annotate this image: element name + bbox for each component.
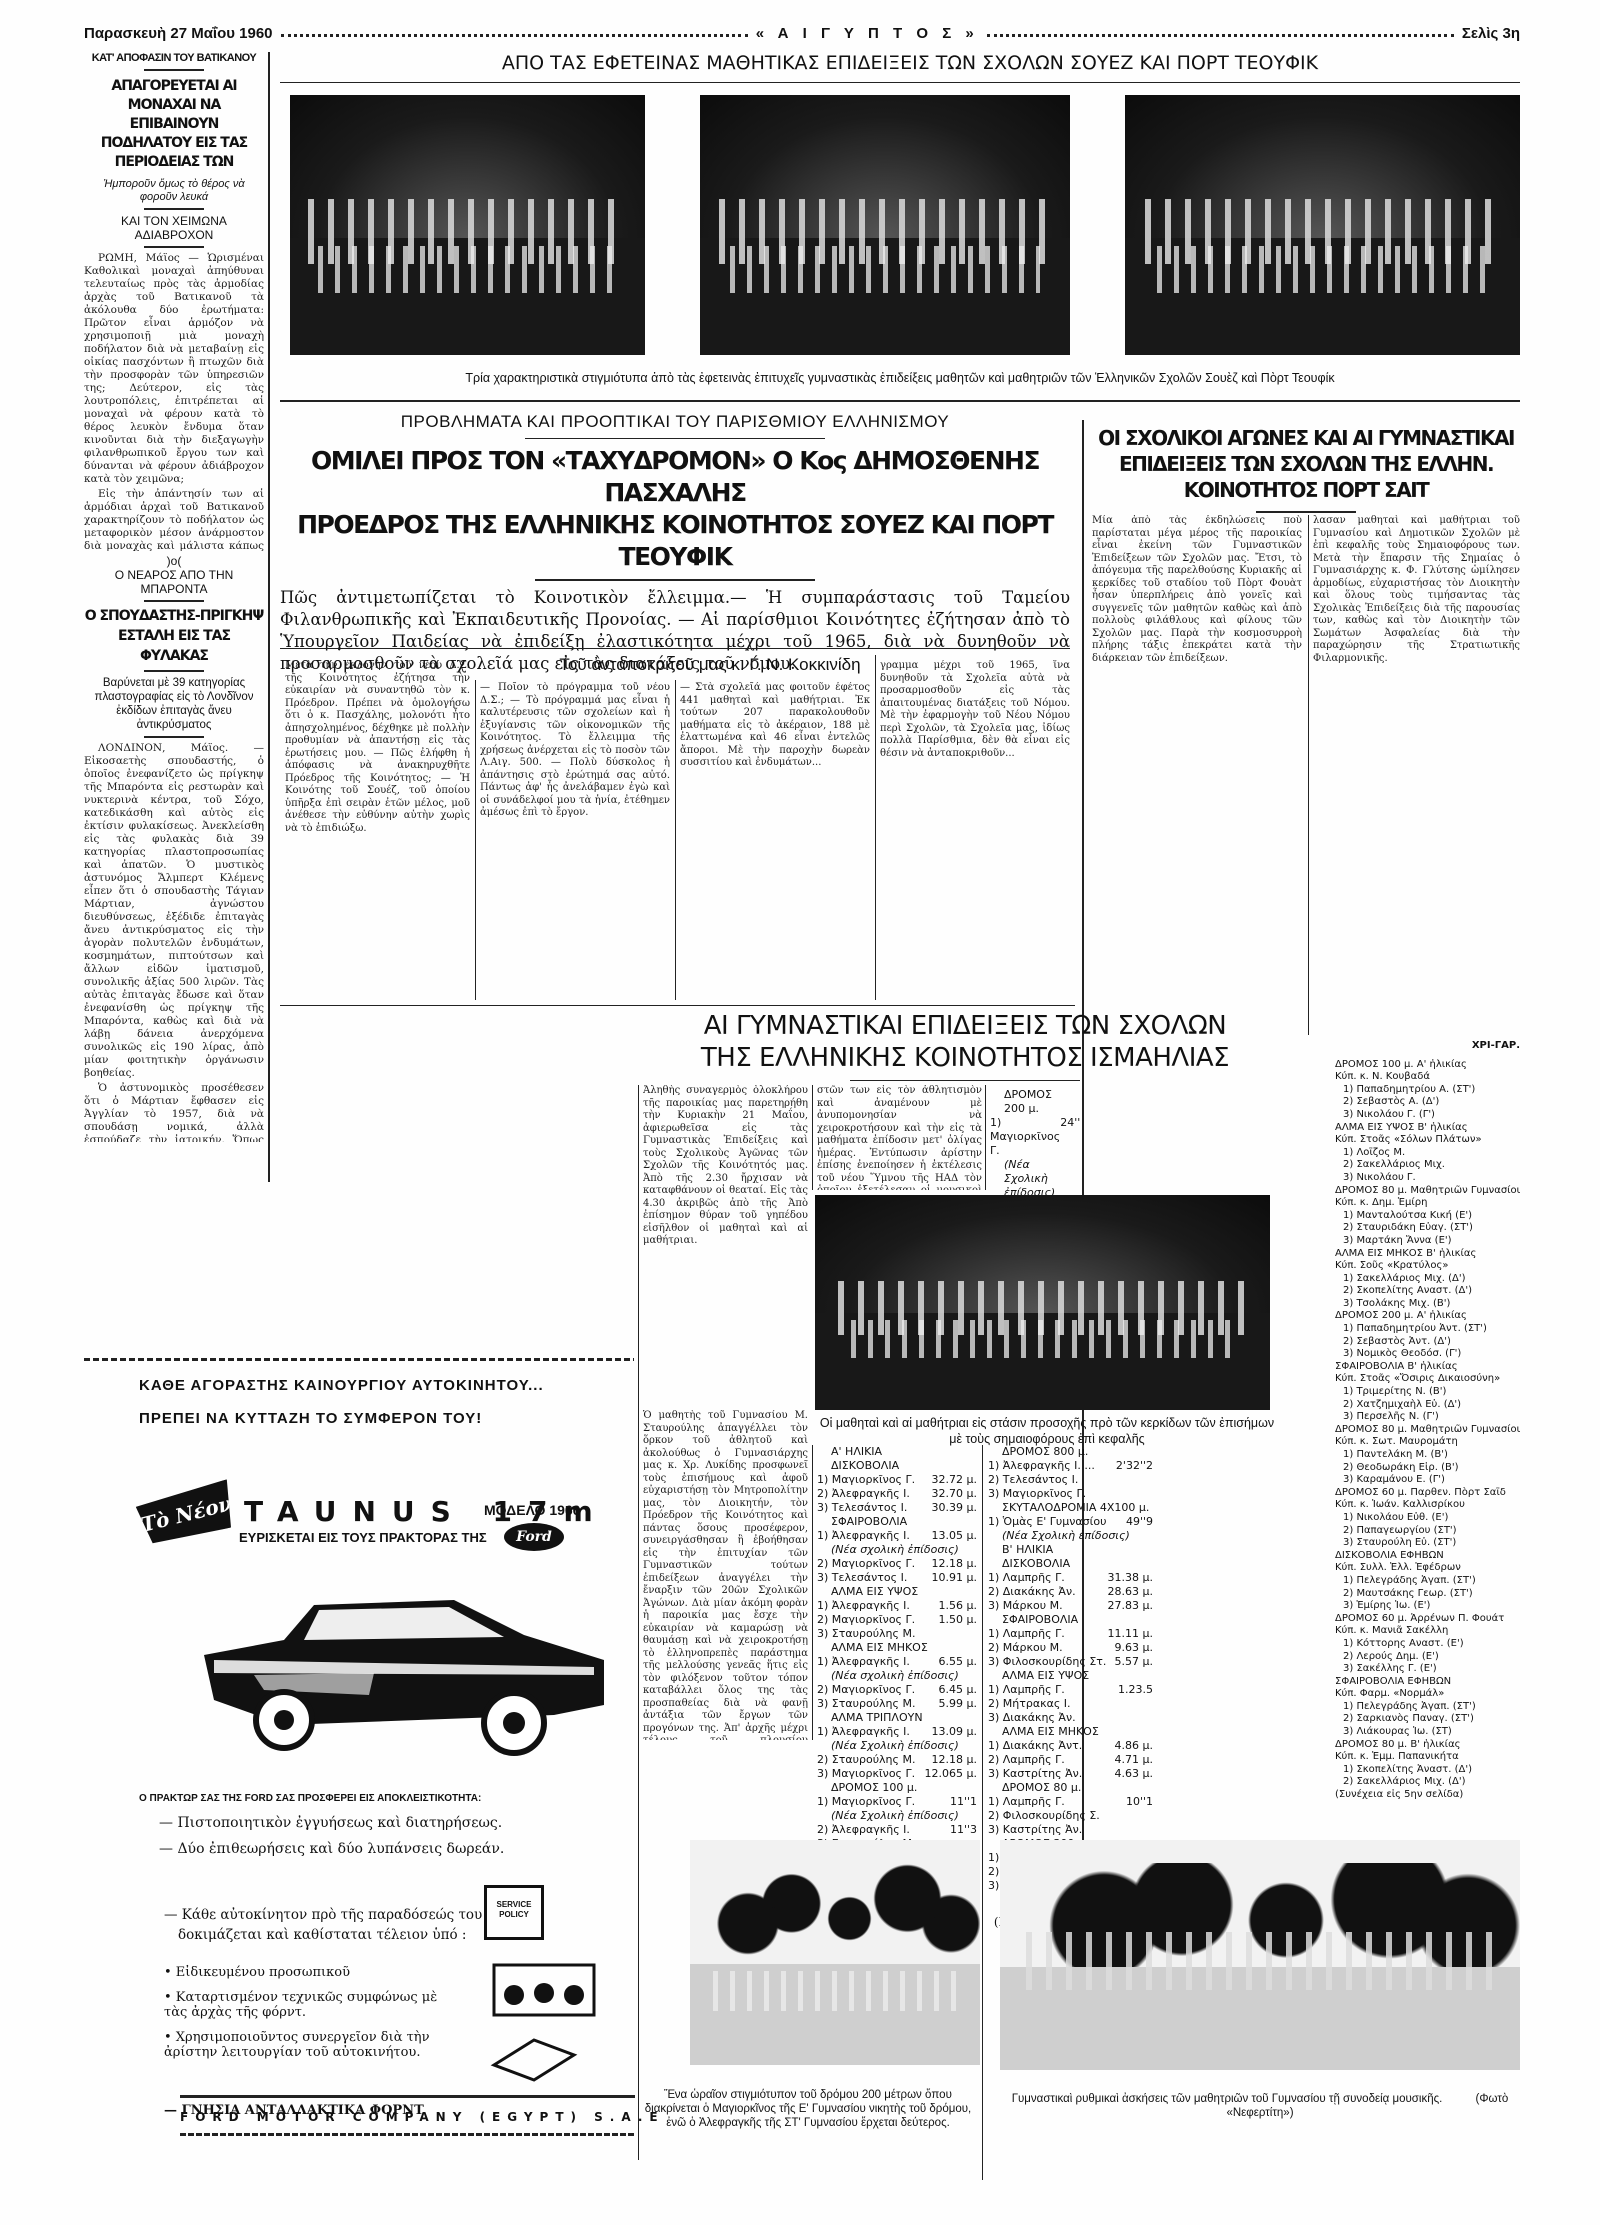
result-row: 3) Καραμάνου Ε. (Γ') — [1335, 1474, 1520, 1487]
result-row: 3) Σταυρούλης Μ. — [817, 1627, 977, 1641]
results-age-a: Α' ΗΛΙΚΙΑΔΙΣΚΟΒΟΛΙΑ1) Μαγιορκῖνος Γ.32.7… — [817, 1445, 977, 1851]
ad-available: ΕΥΡΙΣΚΕΤΑΙ ΕΙΣ ΤΟΥΣ ΠΡΑΚΤΟΡΑΣ ΤΗΣ — [239, 1530, 487, 1545]
athlete-name: 3) Τελεσάντος Ι. — [817, 1571, 907, 1585]
result-row: 2) Λαμπρῆς Γ.4.71 μ. — [988, 1753, 1153, 1767]
result-row: 3) Νικολάου Γ. (Γ') — [1335, 1109, 1520, 1122]
result-value: 32.70 μ. — [932, 1487, 977, 1501]
gymnastics-photo-3 — [1125, 95, 1520, 355]
result-row: 1) Λαμπρῆς Γ.1.23.5 — [988, 1683, 1153, 1697]
result-row: 2) Σταυριδάκη Εὐαγ. (ΣΤ') — [1335, 1222, 1520, 1235]
column-divider — [638, 1085, 639, 2160]
result-value: 12.18 μ. — [932, 1753, 977, 1767]
result-row: 2) Μαγιορκῖνος Γ.12.18 μ. — [817, 1557, 977, 1571]
result-row: 2) Μάρκου Μ.9.63 μ. — [988, 1641, 1153, 1655]
divider — [535, 579, 815, 581]
result-value: 9.63 μ. — [1115, 1641, 1153, 1655]
athlete-name: 1) Μαγιορκῖνος Γ. — [817, 1795, 915, 1809]
athlete-name: 3) Καστρίτης Ἀν. — [988, 1823, 1082, 1837]
result-row: 1) Ἀλεφραγκῆς Ι.1.56 μ. — [817, 1599, 977, 1613]
result-row: 3) Μάρκου Μ.27.83 μ. — [988, 1599, 1153, 1613]
paper-name: « Α Ι Γ Υ Π Τ Ο Σ » — [756, 25, 979, 42]
column-divider — [985, 1085, 986, 1190]
result-row: 2) Θεοδωράκη Εἰρ. (Β') — [1335, 1462, 1520, 1475]
athlete-name: 2) Μήτρακας Ι. — [988, 1697, 1071, 1711]
results-age-b: ΔΡΟΜΟΣ 800 μ.1) Ἀλεφραγκῆς Ι. ...2'32''2… — [988, 1445, 1153, 1893]
column-divider — [675, 680, 676, 1000]
new-badge: Τὸ Νέον — [135, 1479, 239, 1549]
interview-col-3: — Στὰ σχολεῖά μας φοιτοῦν ἐφέτος 441 μαθ… — [680, 682, 870, 1000]
athlete-name: 3) Σταυρούλης Μ. — [817, 1697, 915, 1711]
result-row: 2) Σακελλάριος Μιχ. (Δ') — [1335, 1776, 1520, 1789]
event-heading: ΔΡΟΜΟΣ 60 μ. Ἀρρένων Π. Φουάτ — [1335, 1613, 1520, 1626]
athlete-name: 2) Ἀλεφραγκῆς Ι. — [817, 1487, 910, 1501]
event-heading: ΔΡΟΜΟΣ 200 μ. Α' ἡλικίας — [1335, 1310, 1520, 1323]
event-heading: ΑΛΜΑ ΕΙΣ ΜΗΚΟΣ — [817, 1641, 977, 1655]
ad-headline-2: ΠΡΕΠΕΙ ΝΑ ΚΥΤΤΑΖΗ ΤΟ ΣΥΜΦΕΡΟΝ ΤΟΥ! — [139, 1410, 482, 1427]
athlete-name: 1) Μαγιορκῖνος Γ. — [990, 1116, 1060, 1158]
column-divider — [812, 1445, 813, 1740]
offer-item: — Πιστοποιητικὸν ἐγγυήσεως καὶ διατηρήσε… — [159, 1815, 504, 1831]
port-said-results: ΧΡΙ-ΓΑΡ. ΔΡΟΜΟΣ 100 μ. Α' ἡλικίαςΚύπ. κ.… — [1335, 1040, 1520, 1802]
result-value: 49''9 — [1126, 1515, 1153, 1529]
result-value: 10.91 μ. — [932, 1571, 977, 1585]
athlete-name: 2) Φιλοσκουρίδης Σ. — [988, 1809, 1100, 1823]
interview-kicker: ΠΡΟΒΛΗΜΑΤΑ ΚΑΙ ΠΡΟΟΠΤΙΚΑΙ ΤΟΥ ΠΑΡΙΣΘΜΙΟΥ… — [280, 412, 1070, 432]
result-row: 2) Σακελλάριος Μιχ. — [1335, 1159, 1520, 1172]
event-heading: ΔΡΟΜΟΣ 60 μ. Παρθεν. Πὸρτ Σαΐδ — [1335, 1487, 1520, 1500]
result-row: 3) Μαγιορκῖνος Γ.12.065 μ. — [817, 1767, 977, 1781]
result-row: 2) Διακάκης Ἀν.28.63 μ. — [988, 1585, 1153, 1599]
result-value: 1.56 μ. — [939, 1599, 977, 1613]
result-row: 2) Τελεσάντος Ι. — [988, 1473, 1153, 1487]
paragraph: Ὁ ἀστυνομικὸς προσέθεσεν ὅτι ὁ Μάρτιαν ἔ… — [84, 1082, 264, 1142]
event-heading: ΑΛΜΑ ΕΙΣ ΥΨΟΣ — [988, 1669, 1153, 1683]
event-heading: ΔΙΣΚΟΒΟΛΙΑ — [817, 1459, 977, 1473]
masthead-dots — [987, 29, 1454, 37]
athlete-name: 3) Καστρίτης Ἀν. — [988, 1767, 1082, 1781]
athlete-name: 1) Διακάκης Ἀντ. — [988, 1739, 1082, 1753]
interview-headline-2: ΠΡΟΕΔΡΟΣ ΤΗΣ ΕΛΛΗΝΙΚΗΣ ΚΟΙΝΟΤΗΤΟΣ ΣΟΥΕΖ … — [280, 509, 1070, 573]
athlete-name: 2) Μαγιορκῖνος Γ. — [817, 1557, 915, 1571]
result-row: 2) Παπαγεωργίου (ΣΤ') — [1335, 1525, 1520, 1538]
result-row: 1) Πελεγράδης Ἀγαπ. (ΣΤ') — [1335, 1701, 1520, 1714]
athlete-name: 2) Μαγιορκῖνος Γ. — [817, 1613, 915, 1627]
athlete-name: 1) Λαμπρῆς Γ. — [988, 1795, 1065, 1809]
gymnastics-photo-1 — [290, 95, 645, 355]
athlete-name: 2) Λαμπρῆς Γ. — [988, 1753, 1065, 1767]
column-divider — [875, 655, 876, 1000]
result-value: 13.05 μ. — [932, 1529, 977, 1543]
ismailia-col-2: στῶν των εἰς τὸν ἀθλητισμὸν καὶ ἀναμένου… — [817, 1085, 982, 1190]
record-note: (Νέα Σχολικὴ ἐπίδοσις) — [817, 1739, 977, 1753]
interview-article: ΠΡΟΒΛΗΜΑΤΑ ΚΑΙ ΠΡΟΟΠΤΙΚΑΙ ΤΟΥ ΠΑΡΙΣΘΜΙΟΥ… — [280, 412, 1070, 675]
event-heading: Κύπ. κ. Μανιᾶ Σακέλλη — [1335, 1625, 1520, 1638]
divider — [144, 246, 204, 248]
event-heading: ΔΡΟΜΟΣ 800 μ. — [988, 1445, 1153, 1459]
athlete-name: 3) Διακάκης Ἀν. — [988, 1711, 1076, 1725]
record-note: (Νέα Σχολικὴ ἐπίδοσις) — [817, 1809, 977, 1823]
result-value: 24'' — [1060, 1116, 1080, 1158]
event-heading: ΑΛΜΑ ΕΙΣ ΥΨΟΣ Β' ἡλικίας — [1335, 1122, 1520, 1135]
result-value: 4.63 μ. — [1115, 1767, 1153, 1781]
athlete-name: 2) Τελεσάντος Ι. — [988, 1473, 1078, 1487]
prince-article: ΛΟΝΔΙΝΟΝ, Μάϊος. — Εἰκοσαετὴς σπουδαστής… — [84, 742, 264, 1142]
check-item: • Εἰδικευμένου προσωπικοῦ — [164, 1965, 464, 1980]
column-divider — [475, 680, 476, 1000]
result-value: 13.09 μ. — [932, 1725, 977, 1739]
result-value: 12.18 μ. — [932, 1557, 977, 1571]
feature-headline: ΑΠΟ ΤΑΣ ΕΦΕΤΕΙΝΑΣ ΜΑΘΗΤΙΚΑΣ ΕΠΙΔΕΙΞΕΙΣ Τ… — [300, 52, 1520, 74]
result-row: 1) Παπαδημητρίου Ἀντ. (ΣΤ') — [1335, 1323, 1520, 1336]
ismailia-col-1: Ἀληθὴς συναγερμὸς ὁλοκλήρου τῆς παροικία… — [643, 1085, 808, 1405]
result-value: 31.38 μ. — [1108, 1571, 1153, 1585]
event-heading: ΣΚΥΤΑΛΟΔΡΟΜΙΑ 4Χ100 μ. — [988, 1501, 1153, 1515]
divider — [850, 1080, 1080, 1081]
result-value: 6.45 μ. — [939, 1683, 977, 1697]
result-row: 2) Μαυτσάκης Γεωρ. (ΣΤ') — [1335, 1588, 1520, 1601]
result-value: 32.72 μ. — [932, 1473, 977, 1487]
byline: Τοῦ ἀνταποκριτοῦ μας κ. Γ. Ν. Κοκκινίδη — [545, 655, 875, 675]
result-row: 3) Τσολάκης Μιχ. (Β') — [1335, 1298, 1520, 1311]
divider — [144, 670, 204, 672]
result-row: 2) Ἀλεφραγκῆς Ι.32.70 μ. — [817, 1487, 977, 1501]
result-row: 3) Σταυρούλη Εὐ. (ΣΤ') — [1335, 1537, 1520, 1550]
rhythmic-photo — [1000, 1840, 1520, 2070]
divider — [1256, 511, 1356, 513]
rhythmic-caption: Γυμναστικαὶ ρυθμικαὶ ἀσκήσεις τῶν μαθητρ… — [1000, 2092, 1520, 2120]
result-row: 2) Σταυρούλης Μ.12.18 μ. — [817, 1753, 977, 1767]
result-value: 2'32''2 — [1116, 1459, 1153, 1473]
event-heading: ΔΙΣΚΟΒΟΛΙΑ — [988, 1557, 1153, 1571]
athlete-name: 1) Λαμπρῆς Γ. — [988, 1627, 1065, 1641]
signature: ΧΡΙ-ΓΑΡ. — [1335, 1040, 1520, 1053]
interview-headline-1: ΟΜΙΛΕΙ ΠΡΟΣ ΤΟΝ «ΤΑΧΥΔΡΟΜΟΝ» Ο Κος ΔΗΜΟΣ… — [280, 445, 1070, 509]
event-heading: Κύπ. Στοᾶς «Ὄσιρις Δικαιοσύνη» — [1335, 1373, 1520, 1386]
event-heading: ΔΡΟΜΟΣ 80 μ. Β' ἡλικίας — [1335, 1739, 1520, 1752]
result-value: 10''1 — [1126, 1795, 1153, 1809]
interview-col-1: Μετὰ τὴν ἐκλογὴν τοῦ νέου Δ.Σ. τῆς Κοινό… — [285, 660, 470, 1000]
column-divider — [812, 1085, 813, 1190]
vatican-subhead-2: ΚΑΙ ΤΟΝ ΧΕΙΜΩΝΑ ΑΔΙΑΒΡΟΧΟΝ — [84, 214, 264, 242]
result-row: 3) Καστρίτης Ἀν. — [988, 1823, 1153, 1837]
divider — [144, 69, 204, 71]
result-value: 1.50 μ. — [939, 1613, 977, 1627]
port-said-article: ΟΙ ΣΧΟΛΙΚΟΙ ΑΓΩΝΕΣ ΚΑΙ ΑΙ ΓΥΜΝΑΣΤΙΚΑΙ ΕΠ… — [1092, 425, 1520, 521]
athlete-name: 3) Μαγιορκῖνος Γ. — [988, 1487, 1086, 1501]
record-note: (Νέα σχολικὴ ἐπίδοσις) — [817, 1543, 977, 1557]
result-row: 1) Σκοπελίτης Ἀναστ. (Δ') — [1335, 1764, 1520, 1777]
vatican-headline: ΑΠΑΓΟΡΕΥΕΤΑΙ ΑΙ ΜΟΝΑΧΑΙ ΝΑ ΕΠΙΒΑΙΝΟΥΝ ΠΟ… — [84, 77, 264, 172]
result-row: 3) Σακέλλης Γ. (Ε') — [1335, 1663, 1520, 1676]
athlete-name: 1) Ὁμὰς Ε' Γυμνασίου — [988, 1515, 1106, 1529]
event-heading: Κύπ. κ. Ν. Κουβαδά — [1335, 1071, 1520, 1084]
masthead-dots — [281, 29, 748, 37]
event-heading: ΔΡΟΜΟΣ 100 μ. Α' ἡλικίας — [1335, 1059, 1520, 1072]
divider — [525, 438, 825, 439]
event-heading: ΣΦΑΙΡΟΒΟΛΙΑ — [817, 1515, 977, 1529]
result-row: 3) Τελεσάντος Ι.10.91 μ. — [817, 1571, 977, 1585]
athlete-name: 3) Τελεσάντος Ι. — [817, 1501, 907, 1515]
result-row: 2) Σεβαστὸς Ἀντ. (Δ') — [1335, 1336, 1520, 1349]
event-heading: Κύπ. Στοᾶς «Σόλων Πλάτων» — [1335, 1134, 1520, 1147]
model-year: ΜΟΔΕΛΟ 1960 — [484, 1502, 580, 1518]
check-intro-line: — Κάθε αὐτοκίνητον πρὸ τῆς παραδόσεώς το… — [164, 1905, 482, 1925]
column-divider — [1308, 515, 1309, 1035]
interview-col-2: — Ποῖον τὸ πρόγραμμα τοῦ νέου Δ.Σ.; — Τὸ… — [480, 682, 670, 1000]
result-row: 2) Σεβαστὸς Α. (Δ') — [1335, 1096, 1520, 1109]
record-note: (Νέα Σχολικὴ ἐπίδοσις) — [990, 1158, 1075, 1200]
result-row: 1) Μαγιορκῖνος Γ.24'' — [990, 1116, 1075, 1158]
result-value: 4.71 μ. — [1115, 1753, 1153, 1767]
result-row: 3) Τελεσάντος Ι.30.39 μ. — [817, 1501, 977, 1515]
result-row: 1) Λαμπρῆς Γ.10''1 — [988, 1795, 1153, 1809]
event-heading: Κύπ. κ. Σωτ. Μαυρομάτη — [1335, 1436, 1520, 1449]
event-heading: Κύπ. Συλλ. Ἑλλ. Ἐφέδρων — [1335, 1562, 1520, 1575]
result-row: 1) Ἀλεφραγκῆς Ι.13.05 μ. — [817, 1529, 977, 1543]
event-heading: ΣΦΑΙΡΟΒΟΛΙΑ ΕΦΗΒΩΝ — [1335, 1676, 1520, 1689]
divider — [280, 400, 1520, 402]
paragraph: Εἰς τὴν ἀπάντησίν των αἱ ἁρμόδιαι ἀρχαὶ … — [84, 488, 264, 552]
event-heading: ΔΡΟΜΟΣ 80 μ. Μαθητριῶν Γυμνασίου Β' ἡλικ… — [1335, 1424, 1520, 1437]
result-row: 2) Λερούς Δημ. (Ε') — [1335, 1651, 1520, 1664]
athlete-name: 1) Μαγιορκῖνος Γ. — [817, 1473, 915, 1487]
athlete-name: 1) Λαμπρῆς Γ. — [988, 1571, 1065, 1585]
masthead: Παρασκευὴ 27 Μαΐου 1960 « Α Ι Γ Υ Π Τ Ο … — [84, 22, 1520, 44]
divider — [280, 1005, 1075, 1006]
result-value: 27.83 μ. — [1108, 1599, 1153, 1613]
parade-caption: Οἱ μαθηταὶ καὶ αἱ μαθήτριαι εἰς στάσιν π… — [812, 1415, 1282, 1447]
athlete-name: 1) Ἀλεφραγκῆς Ι. ... — [988, 1459, 1095, 1473]
separator: )o( — [84, 554, 264, 568]
prince-subhead: Βαρύνεται μὲ 39 κατηγορίας πλαστογραφίας… — [84, 676, 264, 732]
event-heading: Α' ΗΛΙΚΙΑ — [817, 1445, 977, 1459]
result-row: 1) Παντελάκη Μ. (Β') — [1335, 1449, 1520, 1462]
result-row: 1) Μαγιορκῖνος Γ.11''1 — [817, 1795, 977, 1809]
check-item: • Καταρτισμένον τεχνικῶς συμφώνως μὲ τὰς… — [164, 1990, 464, 2020]
result-row: 1) Λαμπρῆς Γ.31.38 μ. — [988, 1571, 1153, 1585]
mechanics-illustration — [474, 1955, 614, 2095]
divider — [280, 648, 1070, 649]
port-said-col-1: Μία ἀπὸ τὰς ἐκδηλώσεις ποὺ παρίσταται μέ… — [1092, 515, 1302, 1035]
event-heading: ΣΦΑΙΡΟΒΟΛΙΑ — [988, 1613, 1153, 1627]
result-row: 3) Διακάκης Ἀν. — [988, 1711, 1153, 1725]
event-heading: ΑΛΜΑ ΤΡΙΠΛΟΥΝ — [817, 1711, 977, 1725]
vatican-article: ΡΩΜΗ, Μάϊος — Ὡρισμέναι Καθολικαὶ μοναχα… — [84, 252, 264, 552]
result-row: 2) Χατζημιχαὴλ Εὐ. (Δ') — [1335, 1399, 1520, 1412]
event-heading: Κύπ. κ. Ἰωάν. Καλλισρίκου — [1335, 1499, 1520, 1512]
result-row: 3) Σταυρούλης Μ.5.99 μ. — [817, 1697, 977, 1711]
event-heading: ΔΡΟΜΟΣ 200 μ. — [990, 1088, 1075, 1116]
ismailia-headline-2: ΤΗΣ ΕΛΛΗΝΙΚΗΣ ΚΟΙΝΟΤΗΤΟΣ ΙΣΜΑΗΛΙΑΣ — [600, 1042, 1330, 1074]
athlete-name: 3) Μαγιορκῖνος Γ. — [817, 1767, 915, 1781]
result-row: 2) Μήτρακας Ι. — [988, 1697, 1153, 1711]
feature-caption: Τρία χαρακτηριστικὰ στιγμιότυπα ἀπὸ τὰς … — [280, 370, 1520, 386]
event-heading: Β' ΗΛΙΚΙΑ — [988, 1543, 1153, 1557]
result-row: 1) Σακελλάριος Μιχ. (Δ') — [1335, 1273, 1520, 1286]
record-note: (Νέα σχολικὴ ἐπίδοσις) — [817, 1669, 977, 1683]
event-heading: ΑΛΜΑ ΕΙΣ ΜΗΚΟΣ — [988, 1725, 1153, 1739]
result-row: 3) Καστρίτης Ἀν.4.63 μ. — [988, 1767, 1153, 1781]
result-value: 28.63 μ. — [1108, 1585, 1153, 1599]
divider — [280, 82, 1520, 83]
athlete-name: 1) Ἀλεφραγκῆς Ι. — [817, 1655, 910, 1669]
athlete-name: 3) Σταυρούλης Μ. — [817, 1627, 915, 1641]
divider — [144, 736, 204, 738]
record-note: (Νέα Σχολικὴ ἐπίδοσις) — [988, 1529, 1153, 1543]
result-row: 1) Ἀλεφραγκῆς Ι.13.09 μ. — [817, 1725, 977, 1739]
ismailia-col-1b: Ὁ μαθητὴς τοῦ Γυμνασίου Μ. Σταυρούλης ἀπ… — [643, 1410, 808, 1740]
result-row: 2) Σαρκιανὸς Παναγ. (ΣΤ') — [1335, 1713, 1520, 1726]
result-row: 3) Μαγιορκῖνος Γ. — [988, 1487, 1153, 1501]
interview-col-4: γραμμα μέχρι τοῦ 1965, ἵνα δυνηθοῦν τὰ Σ… — [880, 660, 1070, 1000]
event-heading: ΔΡΟΜΟΣ 100 μ. — [817, 1781, 977, 1795]
result-row: 1) Παπαδημητρίου Α. (ΣΤ') — [1335, 1084, 1520, 1097]
ford-company-footer: FORD MOTOR COMPANY (EGYPT) S.A.E — [180, 2110, 635, 2124]
column-divider — [268, 52, 270, 1182]
athlete-name: 1) Ἀλεφραγκῆς Ι. — [817, 1529, 910, 1543]
result-row: 3) Μαρτάκη Ἄννα (Ε') — [1335, 1235, 1520, 1248]
result-row: 1) Ἀλεφραγκῆς Ι. ...2'32''2 — [988, 1459, 1153, 1473]
athlete-name: 2) Ἀλεφραγκῆς Ι. — [817, 1823, 910, 1837]
athlete-name: 1) Λαμπρῆς Γ. — [988, 1683, 1065, 1697]
ford-advertisement: ΚΑΘΕ ΑΓΟΡΑΣΤΗΣ ΚΑΙΝΟΥΡΓΙΟΥ ΑΥΤΟΚΙΝΗΤΟΥ..… — [84, 1365, 634, 2165]
race-photo — [690, 1840, 980, 2065]
offer-item: — Δύο ἐπιθεωρήσεις καὶ δύο λυπάνσεις δωρ… — [159, 1841, 504, 1857]
result-row: 2) Μαγιορκῖνος Γ.1.50 μ. — [817, 1613, 977, 1627]
check-intro: — Κάθε αὐτοκίνητον πρὸ τῆς παραδόσεώς το… — [164, 1905, 482, 1945]
result-value: 11.11 μ. — [1108, 1627, 1153, 1641]
offer-intro: Ο ΠΡΑΚΤΩΡ ΣΑΣ ΤΗΣ FORD ΣΑΣ ΠΡΟΣΦΕΡΕΙ ΕΙΣ… — [139, 1793, 481, 1804]
column-divider — [982, 1445, 983, 2180]
athlete-name: 1) Ἀλεφραγκῆς Ι. — [817, 1599, 910, 1613]
service-policy-sign: SERVICE POLICY — [484, 1885, 544, 1940]
result-value: 12.065 μ. — [925, 1767, 977, 1781]
event-heading: ΔΙΣΚΟΒΟΛΙΑ ΕΦΗΒΩΝ — [1335, 1550, 1520, 1563]
divider — [144, 208, 204, 210]
ad-rule — [180, 2095, 635, 2098]
race-caption: Ἕνα ὡραῖον στιγμιότυπον τοῦ δρόμου 200 μ… — [643, 2088, 973, 2130]
gymnastics-photo-2 — [700, 95, 1070, 355]
port-said-headline: ΟΙ ΣΧΟΛΙΚΟΙ ΑΓΩΝΕΣ ΚΑΙ ΑΙ ΓΥΜΝΑΣΤΙΚΑΙ ΕΠ… — [1092, 425, 1520, 503]
result-row: 1) Νικολάου Εὐθ. (Ε') — [1335, 1512, 1520, 1525]
event-heading: ΔΡΟΜΟΣ 80 μ. Μαθητριῶν Γυμνασίου Α' ἡλικ… — [1335, 1185, 1520, 1198]
result-value: 11''1 — [950, 1795, 977, 1809]
prince-headline: Ο ΣΠΟΥΔΑΣΤΗΣ-ΠΡΙΓΚΗΨ ΕΣΤΑΛΗ ΕΙΣ ΤΑΣ ΦΥΛΑ… — [84, 606, 264, 666]
result-row: 3) Νομικὸς Θεοδόσ. (Γ') — [1335, 1348, 1520, 1361]
athlete-name: 3) Φιλοσκουρίδης Στ. — [988, 1655, 1106, 1669]
result-value: 5.57 μ. — [1115, 1655, 1153, 1669]
event-heading: Κύπ. Φαρμ. «Νορμάλ» — [1335, 1688, 1520, 1701]
result-row: 1) Πελεγράδης Ἀγαπ. (ΣΤ') — [1335, 1575, 1520, 1588]
check-list: • Εἰδικευμένου προσωπικοῦ • Καταρτισμένο… — [164, 1965, 464, 2070]
ad-headline-1: ΚΑΘΕ ΑΓΟΡΑΣΤΗΣ ΚΑΙΝΟΥΡΓΙΟΥ ΑΥΤΟΚΙΝΗΤΟΥ..… — [139, 1377, 544, 1394]
check-item: • Χρησιμοποιοῦντος συνεργεῖον διὰ τὴν ἀρ… — [164, 2030, 464, 2060]
event-heading: (Συνέχεια εἰς 5ην σελίδα) — [1335, 1789, 1520, 1802]
result-value: 30.39 μ. — [932, 1501, 977, 1515]
result-value: 4.86 μ. — [1115, 1739, 1153, 1753]
result-row: 2) Μαγιορκῖνος Γ.6.45 μ. — [817, 1683, 977, 1697]
vatican-subhead: Ἠμποροῦν ὅμως τὸ θέρος νὰ φοροῦν λευκά — [84, 178, 264, 204]
result-row: 1) Τριμερίτης Ν. (Β') — [1335, 1386, 1520, 1399]
result-row: 1) Μανταλούτσα Κική (Ε') — [1335, 1210, 1520, 1223]
issue-date: Παρασκευὴ 27 Μαΐου 1960 — [84, 25, 273, 42]
result-value: 11''3 — [950, 1823, 977, 1837]
result-row: 1) Λοΐζος Μ. — [1335, 1147, 1520, 1160]
result-row: 3) Νικολάου Γ. — [1335, 1172, 1520, 1185]
ad-border-top — [84, 1358, 634, 1361]
page-number: Σελὶς 3η — [1462, 25, 1520, 42]
result-row: 1) Ὁμὰς Ε' Γυμνασίου49''9 — [988, 1515, 1153, 1529]
event-heading: ΔΡΟΜΟΣ 80 μ. — [988, 1781, 1153, 1795]
paragraph: ΡΩΜΗ, Μάϊος — Ὡρισμέναι Καθολικαὶ μοναχα… — [84, 252, 264, 486]
athlete-name: 1) Ἀλεφραγκῆς Ι. — [817, 1725, 910, 1739]
car-illustration — [194, 1585, 614, 1765]
event-heading: ΣΦΑΙΡΟΒΟΛΙΑ Β' ἡλικίας — [1335, 1361, 1520, 1374]
athlete-name: 2) Μαγιορκῖνος Γ. — [817, 1683, 915, 1697]
result-value: 5.99 μ. — [939, 1697, 977, 1711]
left-column: ΚΑΤ' ΑΠΟΦΑΣΙΝ ΤΟΥ ΒΑΤΙΚΑΝΟΥ ΑΠΑΓΟΡΕΥΕΤΑΙ… — [84, 52, 264, 1142]
result-row: 2) Ἀλεφραγκῆς Ι.11''3 — [817, 1823, 977, 1837]
check-intro-line: δοκιμάζεται καὶ καθίσταται τέλειον ὑπό : — [164, 1925, 482, 1945]
result-row: 2) Φιλοσκουρίδης Σ. — [988, 1809, 1153, 1823]
result-row: 2) Σκοπελίτης Αναστ. (Δ') — [1335, 1285, 1520, 1298]
event-heading: ΑΛΜΑ ΕΙΣ ΜΗΚΟΣ Β' ἡλικίας — [1335, 1248, 1520, 1261]
event-heading: Κύπ. κ. Δημ. Ἐμίρη — [1335, 1197, 1520, 1210]
ford-logo: Ford — [504, 1523, 564, 1551]
result-row: 1) Ἀλεφραγκῆς Ι.6.55 μ. — [817, 1655, 977, 1669]
paragraph: ΛΟΝΔΙΝΟΝ, Μάϊος. — Εἰκοσαετὴς σπουδαστής… — [84, 742, 264, 1080]
result-row: 3) Φιλοσκουρίδης Στ.5.57 μ. — [988, 1655, 1153, 1669]
ismailia-parade-photo — [815, 1195, 1270, 1410]
event-heading: Κύπ. κ. Ἐμμ. Παπανικήτα — [1335, 1751, 1520, 1764]
result-row: 3) Ἐμίρης Ἰω. (Ε') — [1335, 1600, 1520, 1613]
event-heading: Κύπ. Σοῦς «Κρατύλος» — [1335, 1260, 1520, 1273]
ad-border-bottom — [180, 2133, 635, 2136]
offer-list: — Πιστοποιητικὸν ἐγγυήσεως καὶ διατηρήσε… — [159, 1815, 504, 1867]
athlete-name: 2) Διακάκης Ἀν. — [988, 1585, 1076, 1599]
results-list: ΔΡΟΜΟΣ 100 μ. Α' ἡλικίαςΚύπ. κ. Ν. Κουβα… — [1335, 1059, 1520, 1802]
athlete-name: 2) Μάρκου Μ. — [988, 1641, 1063, 1655]
divider — [144, 600, 204, 602]
result-row: 3) Περσελῆς Ν. (Γ') — [1335, 1411, 1520, 1424]
rhythmic-caption-text: Γυμναστικαὶ ρυθμικαὶ ἀσκήσεις τῶν μαθητρ… — [1012, 2093, 1443, 2105]
vatican-kicker: ΚΑΤ' ΑΠΟΦΑΣΙΝ ΤΟΥ ΒΑΤΙΚΑΝΟΥ — [84, 52, 264, 65]
result-row: 1) Κόττορης Αναστ. (Ε') — [1335, 1638, 1520, 1651]
athlete-name: 2) Σταυρούλης Μ. — [817, 1753, 915, 1767]
result-value: 1.23.5 — [1118, 1683, 1153, 1697]
result-row: 3) Λιάκουρας Ἰω. (ΣΤ) — [1335, 1726, 1520, 1739]
result-value: 6.55 μ. — [939, 1655, 977, 1669]
port-said-col-2: λασαν μαθηταὶ καὶ μαθήτριαι τοῦ Γυμνασίο… — [1313, 515, 1520, 1035]
result-row: 1) Διακάκης Ἀντ.4.86 μ. — [988, 1739, 1153, 1753]
ismailia-headline-1: ΑΙ ΓΥΜΝΑΣΤΙΚΑΙ ΕΠΙΔΕΙΞΕΙΣ ΤΩΝ ΣΧΟΛΩΝ — [600, 1010, 1330, 1042]
result-row: 1) Μαγιορκῖνος Γ.32.72 μ. — [817, 1473, 977, 1487]
result-row: 1) Λαμπρῆς Γ.11.11 μ. — [988, 1627, 1153, 1641]
baronda-kicker: Ο ΝΕΑΡΟΣ ΑΠΟ ΤΗΝ ΜΠΑΡΟΝΤΑ — [84, 568, 264, 596]
athlete-name: 3) Μάρκου Μ. — [988, 1599, 1063, 1613]
event-heading: ΑΛΜΑ ΕΙΣ ΥΨΟΣ — [817, 1585, 977, 1599]
